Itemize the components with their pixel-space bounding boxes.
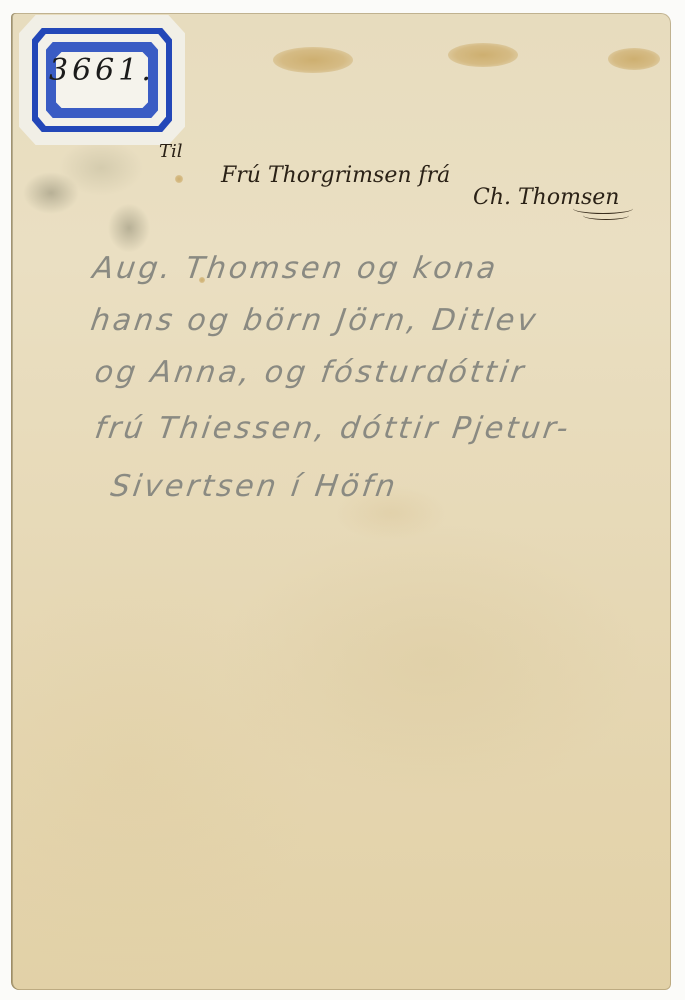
pencil-note-line-4: frú Thiessen, dóttir Pjetur-	[93, 411, 574, 446]
glue-stain-3	[608, 48, 660, 70]
glue-stain-2	[448, 43, 518, 67]
pencil-note-line-1: Aug. Thomsen og kona	[91, 251, 501, 286]
catalog-number: 3661.	[49, 53, 155, 88]
foxing-spot	[175, 175, 183, 183]
pencil-note-line-5: Sivertsen í Höfn	[109, 469, 401, 504]
photo-card-back: 3661. Til Frú Thorgrimsen frá Ch. Thomse…	[11, 13, 671, 990]
inscription-recipient: Frú Thorgrimsen frá	[221, 163, 450, 188]
pencil-note-line-3: og Anna, og fósturdóttir	[93, 355, 529, 390]
catalog-label: 3661.	[19, 15, 185, 145]
signature-flourish	[583, 211, 629, 220]
inscription-til: Til	[159, 141, 183, 162]
glue-stain-1	[273, 47, 353, 73]
pencil-note-line-2: hans og börn Jörn, Ditlev	[89, 303, 541, 338]
